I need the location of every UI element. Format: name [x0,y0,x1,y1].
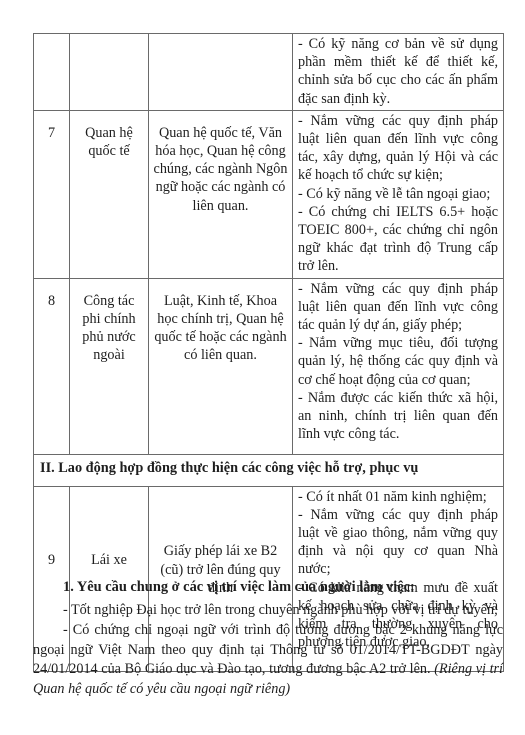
requirement-item: - Nắm vững các quy định pháp luật về gia… [298,506,498,579]
requirement-item: - Có kỹ năng về lễ tân ngoại giao; [298,185,498,203]
cell-major: Quan hệ quốc tế, Văn hóa học, Quan hệ cô… [149,110,293,278]
requirement-item: - Có kỹ năng cơ bản về sử dụng phần mềm … [298,35,498,108]
cell-major: Luật, Kinh tế, Khoa học chính trị, Quan … [149,278,293,454]
table-row-continued: - Có kỹ năng cơ bản về sử dụng phần mềm … [34,34,504,111]
general-requirement-item: - Có chứng chỉ ngoại ngữ với trình độ tư… [33,621,503,699]
cell-no: 7 [34,110,70,278]
requirement-item: - Có ít nhất 01 năm kinh nghiệm; [298,488,498,506]
cell-no: 8 [34,278,70,454]
cell-position [70,34,149,111]
document-page: - Có kỹ năng cơ bản về sử dụng phần mềm … [0,0,525,735]
table-row-7: 7 Quan hệ quốc tế Quan hệ quốc tế, Văn h… [34,110,504,278]
cell-no [34,34,70,111]
general-requirements: 1. Yêu cầu chung ở các vị trí việc làm c… [33,578,503,699]
general-requirement-item: - Tốt nghiệp Đại học trở lên trong chuyê… [33,601,503,621]
cell-position: Công tác phi chính phủ nước ngoài [70,278,149,454]
cell-requirements: - Có kỹ năng cơ bản về sử dụng phần mềm … [293,34,504,111]
table-row-8: 8 Công tác phi chính phủ nước ngoài Luật… [34,278,504,454]
section-ii-header-row: II. Lao động hợp đồng thực hiện các công… [34,454,504,486]
requirement-item: - Nắm được các kiến thức xã hội, an ninh… [298,389,498,444]
job-requirements-table: - Có kỹ năng cơ bản về sử dụng phần mềm … [33,33,504,672]
general-requirements-heading: 1. Yêu cầu chung ở các vị trí việc làm c… [33,578,503,598]
cell-requirements: - Nắm vững các quy định pháp luật liên q… [293,110,504,278]
section-ii-title: II. Lao động hợp đồng thực hiện các công… [34,454,504,486]
general-requirement-text: - Có chứng chỉ ngoại ngữ với trình độ tư… [33,622,503,677]
requirement-item: - Có chứng chỉ IELTS 6.5+ hoặc TOEIC 800… [298,203,498,276]
requirement-item: - Nắm vững mục tiêu, đối tượng quản lý, … [298,334,498,389]
requirement-item: - Nắm vững các quy định pháp luật liên q… [298,280,498,335]
requirement-item: - Nắm vững các quy định pháp luật liên q… [298,112,498,185]
cell-requirements: - Nắm vững các quy định pháp luật liên q… [293,278,504,454]
cell-major [149,34,293,111]
cell-position: Quan hệ quốc tế [70,110,149,278]
